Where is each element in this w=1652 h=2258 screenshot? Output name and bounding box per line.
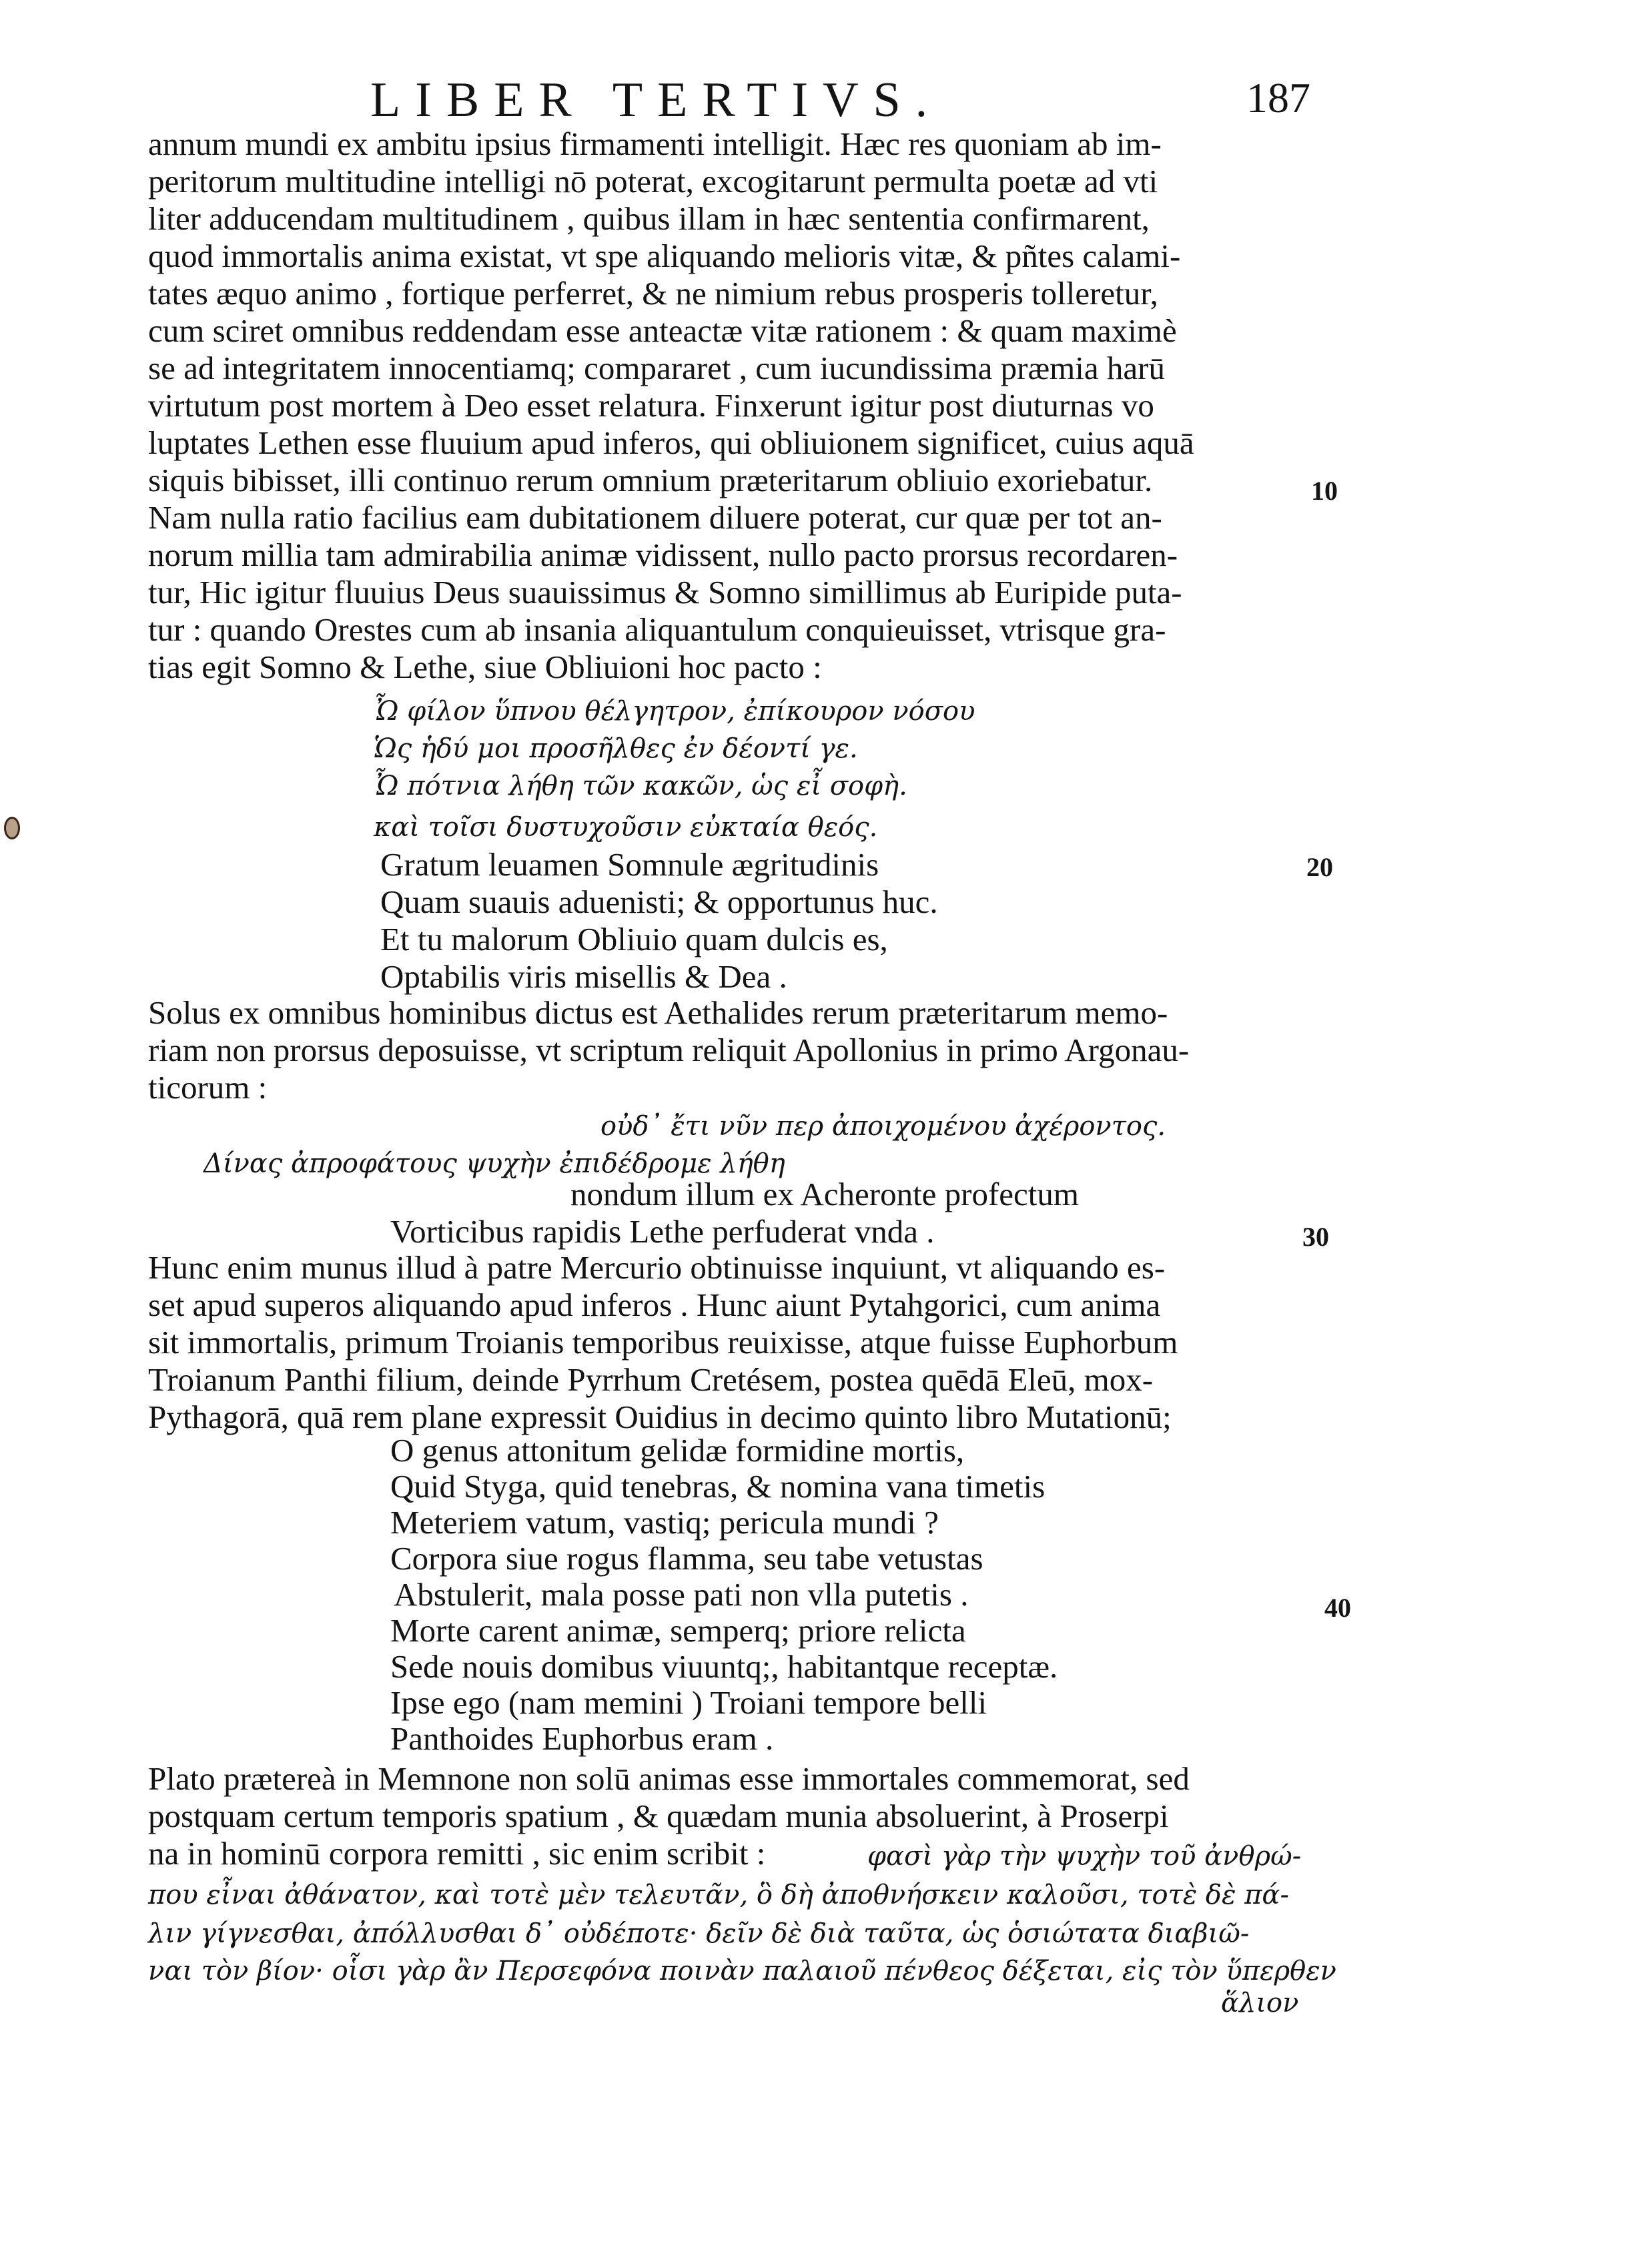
margin-line-number: 10 [1311,475,1338,506]
verse-line: Quid Styga, quid tenebras, & nomina vana… [390,1468,1045,1505]
verse-line: Quam suauis aduenisti; & opportunus huc. [380,883,938,921]
page-number: 187 [1246,73,1310,123]
text-line: cum sciret omnibus reddendam esse anteac… [148,312,1177,350]
running-header: LIBER TERTIVS. [370,72,942,129]
verse-line: Meteriem vatum, vastiq; pericula mundi ? [390,1504,939,1541]
text-line: Hunc enim munus illud à patre Mercurio o… [148,1249,1165,1286]
text-line: peritorum multitudine intelligi nō poter… [148,163,1158,200]
verse-line: Panthoides Euphorbus eram . [390,1720,773,1758]
text-line: Troianum Panthi filium, deinde Pyrrhum C… [148,1361,1153,1399]
margin-line-number: 40 [1324,1592,1351,1623]
margin-line-number: 20 [1306,851,1333,883]
text-line: sit immortalis, primum Troianis temporib… [148,1324,1178,1361]
margin-line-number: 30 [1302,1221,1329,1252]
text-line: tur : quando Orestes cum ab insania aliq… [148,611,1166,649]
text-line: luptates Lethen esse fluuium apud infero… [148,424,1194,462]
book-page: LIBER TERTIVS. 187 annum mundi ex ambitu… [0,0,1652,2258]
greek-text-line: ἅλιον [1221,1984,1298,2022]
greek-verse-line: καὶ τοῖσι δυστυχοῦσιν εὐκταία θεός. [374,809,877,846]
text-line: se ad integritatem innocentiamq; compara… [148,350,1165,387]
verse-line: nondum illum ex Acheronte profectum [570,1176,1079,1213]
verse-line: Optabilis viris misellis & Dea . [380,958,787,996]
ink-stain [4,817,20,839]
verse-line: Ipse ego (nam memini ) Troiani tempore b… [390,1684,987,1722]
greek-inline-text: φασὶ γὰρ τὴν ψυχὴν τοῦ ἀνθρώ- [867,1838,1301,1875]
text-line: postquam certum temporis spatium , & quæ… [148,1798,1169,1835]
text-line: na in hominū corpora remitti , sic enim … [148,1835,765,1872]
text-line: ticorum : [148,1069,267,1106]
text-line: annum mundi ex ambitu ipsius firmamenti … [148,125,1162,163]
text-line: set apud superos aliquando apud inferos … [148,1286,1160,1324]
verse-line: Sede nouis domibus viuuntq;, habitantque… [390,1648,1058,1685]
greek-verse-line: Ὦ φίλον ὕπνου θέλγητρον, ἐπίκουρον νόσου [374,693,975,730]
text-line: norum millia tam admirabilia animæ vidis… [148,536,1178,574]
verse-line: O genus attonitum gelidæ formidine morti… [390,1432,964,1469]
greek-text-line: που εἶναι ἀθάνατον, καὶ τοτὲ μὲν τελευτᾶ… [148,1876,1289,1914]
text-line: virtutum post mortem à Deo esset relatur… [148,387,1154,424]
greek-verse-line: Ὡς ἡδύ μοι προσῆλθες ἐν δέοντί γε. [374,730,858,767]
text-line: quod immortalis anima existat, vt spe al… [148,238,1180,275]
verse-line: Vorticibus rapidis Lethe perfuderat vnda… [390,1213,935,1250]
text-line: liter adducendam multitudinem , quibus i… [148,200,1150,238]
text-line: siquis bibisset, illi continuo rerum omn… [148,462,1152,499]
text-line: Nam nulla ratio facilius eam dubitatione… [148,499,1162,536]
verse-line: Corpora siue rogus flamma, seu tabe vetu… [390,1540,983,1577]
greek-text-line: ναι τὸν βίον· οἷσι γὰρ ἂν Περσεφόνα ποιν… [148,1952,1336,1990]
verse-line: Et tu malorum Obliuio quam dulcis es, [380,921,888,958]
greek-verse-line: Ὦ πότνια λήθη τῶν κακῶν, ὡς εἶ σοφὴ. [374,767,907,805]
greek-verse-line: οὐδ᾽ ἔτι νῦν περ ἀποιχομένου ἀχέροντος. [600,1108,1166,1145]
verse-line: Abstulerit, mala posse pati non vlla put… [394,1576,968,1613]
text-line: tates æquo animo , fortique perferret, &… [148,275,1158,312]
text-line: Plato prætereà in Memnone non solū anima… [148,1760,1190,1798]
text-line: Solus ex omnibus hominibus dictus est Ae… [148,994,1168,1032]
verse-line: Morte carent animæ, semperq; priore reli… [390,1612,966,1649]
text-line: riam non prorsus deposuisse, vt scriptum… [148,1032,1189,1069]
verse-line: Gratum leuamen Somnule ægritudinis [380,846,879,883]
text-line: tur, Hic igitur fluuius Deus suauissimus… [148,574,1182,611]
greek-text-line: λιν γίγνεσθαι, ἀπόλλυσθαι δ᾽ οὐδέποτε· δ… [148,1915,1249,1952]
text-line: tias egit Somno & Lethe, siue Obliuioni … [148,649,822,686]
text-line: Pythagorā, quā rem plane expressit Ouidi… [148,1399,1172,1436]
